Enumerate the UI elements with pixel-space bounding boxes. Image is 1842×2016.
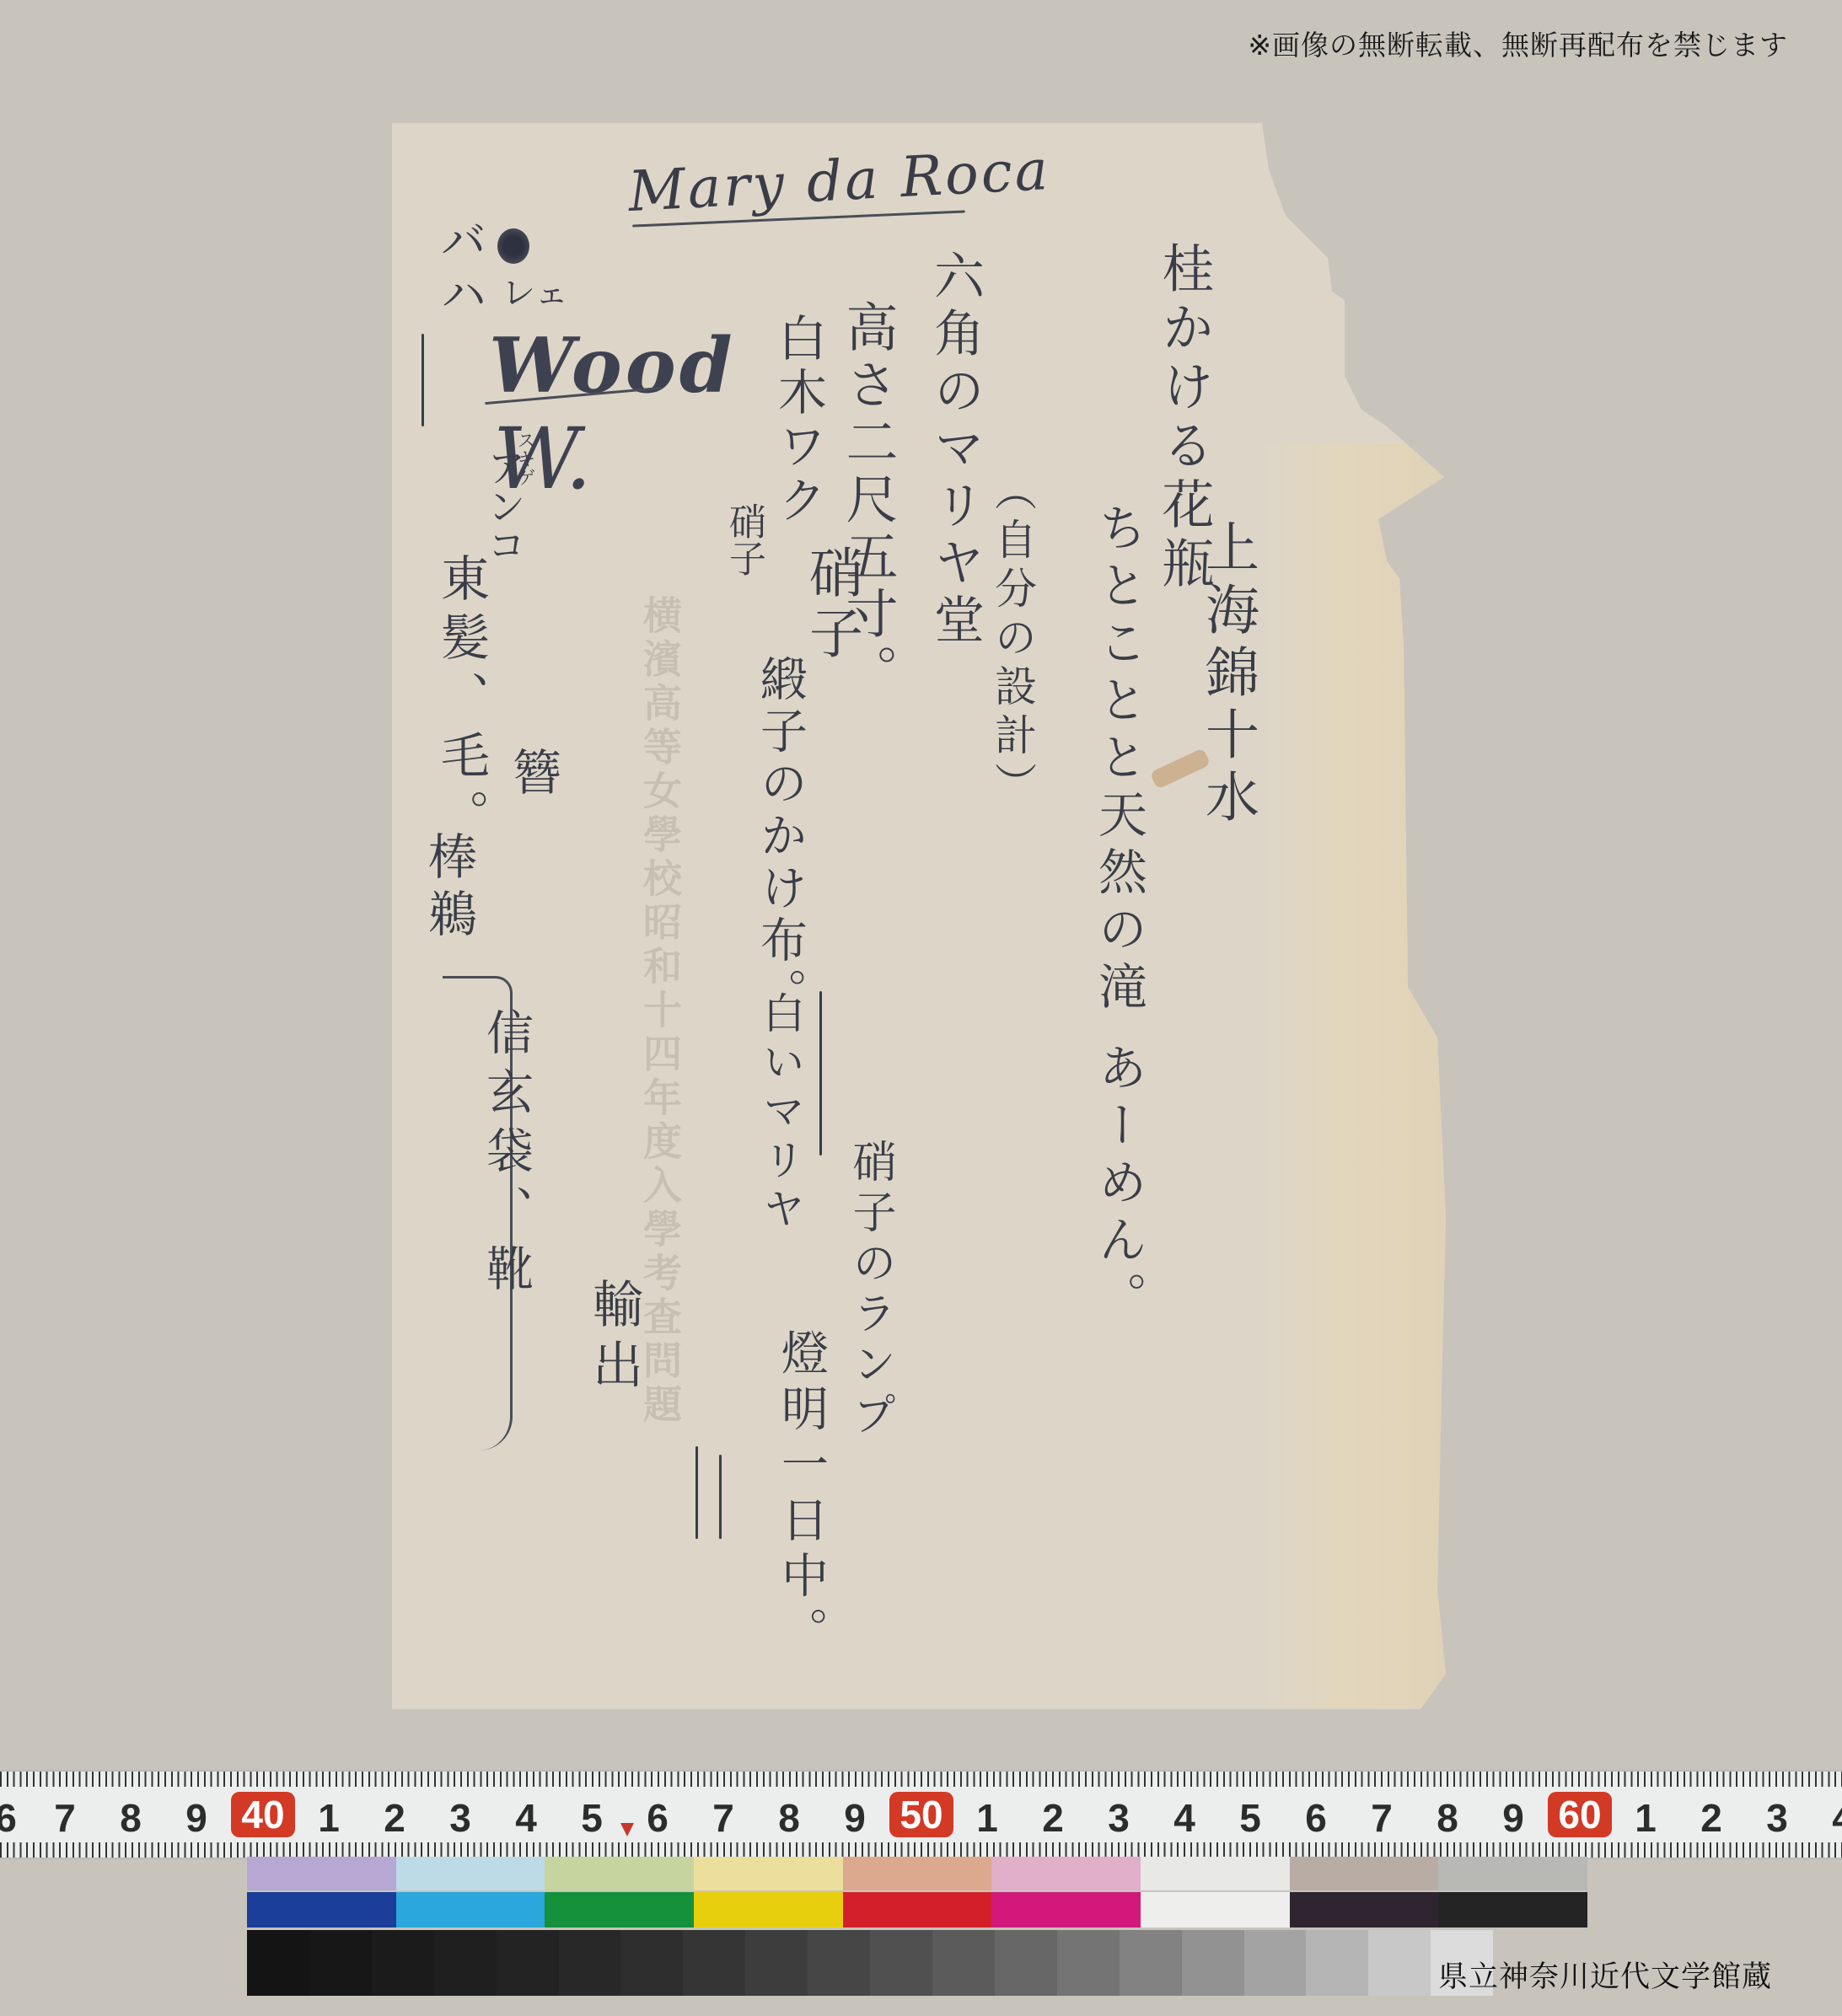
ruler-number: 6 bbox=[0, 1795, 27, 1841]
note-hair: 東髪、毛。 bbox=[426, 553, 497, 848]
ruler-number: 2 bbox=[1032, 1795, 1074, 1841]
ruler-number: 1 bbox=[1625, 1795, 1667, 1841]
manuscript-paper: 横濱高等女學校昭和十四年度入學考査問題 Mary da Roca 桂かける花瓶 … bbox=[392, 123, 1454, 1709]
color-calibration-chart bbox=[247, 1857, 1587, 1928]
gray-step bbox=[1182, 1930, 1244, 1996]
edge-stain bbox=[1260, 443, 1454, 1708]
ruler-number: 3 bbox=[1756, 1795, 1798, 1841]
left-vertical-line bbox=[422, 334, 424, 426]
note-export: 輸出 bbox=[577, 1278, 650, 1399]
color-swatch bbox=[396, 1892, 545, 1928]
copyright-notice: ※画像の無断転載、無断再配布を禁じます bbox=[1248, 24, 1788, 63]
color-swatch bbox=[1290, 1857, 1439, 1890]
gray-step bbox=[1120, 1930, 1182, 1996]
gray-step bbox=[247, 1930, 309, 1996]
ruler-number: 5 bbox=[1229, 1795, 1271, 1841]
measuring-ruler: 6 7 8 9 40 1 2 3 4 5 6 7 8 9 50 1 2 3 4 … bbox=[0, 1770, 1842, 1859]
gray-step bbox=[808, 1930, 870, 1996]
gray-step bbox=[683, 1930, 745, 1996]
ruler-number: 1 bbox=[966, 1795, 1008, 1841]
ruler-number-major: 40 bbox=[231, 1792, 295, 1837]
note-waterfall: ちとことと天然の滝 あーめん。 bbox=[1083, 502, 1154, 1328]
color-row-light bbox=[247, 1857, 1587, 1890]
color-swatch bbox=[1438, 1857, 1587, 1890]
ruler-number: 5 bbox=[571, 1795, 613, 1841]
ruler-number: 7 bbox=[44, 1795, 86, 1841]
color-swatch bbox=[247, 1857, 396, 1890]
gray-step bbox=[870, 1930, 932, 1996]
ruler-number: 4 bbox=[1822, 1795, 1842, 1841]
note-baha: バハ bbox=[426, 216, 493, 324]
manuscript-title: Mary da Roca bbox=[626, 137, 1051, 224]
ruler-number: 7 bbox=[702, 1795, 744, 1841]
note-lamp-all-day: 燈明一日中。 bbox=[767, 1328, 835, 1662]
collection-credit: 県立神奈川近代文学館蔵 bbox=[1438, 1954, 1772, 1996]
note-plain-wood-frame: 白木ワク bbox=[763, 313, 834, 528]
note-glass: 硝子 bbox=[792, 544, 870, 666]
note-shanghai: 上海錦十水 bbox=[1189, 519, 1266, 831]
note-sukige: スキゲ bbox=[512, 431, 538, 486]
ruler-number: 6 bbox=[636, 1795, 679, 1841]
color-swatch bbox=[694, 1857, 843, 1890]
ruler-number: 3 bbox=[439, 1795, 481, 1841]
ruler-numbers: 6 7 8 9 40 1 2 3 4 5 6 7 8 9 50 1 2 3 4 … bbox=[0, 1790, 1842, 1841]
note-shingen-bag-shoes: 信玄袋、靴 bbox=[472, 1008, 540, 1303]
color-swatch bbox=[396, 1857, 545, 1890]
color-swatch bbox=[1141, 1892, 1290, 1928]
gray-step bbox=[1057, 1930, 1120, 1996]
ruler-number: 8 bbox=[1426, 1795, 1469, 1841]
color-swatch bbox=[1141, 1857, 1290, 1890]
color-swatch bbox=[694, 1892, 843, 1928]
grayscale-strip bbox=[247, 1930, 1493, 1996]
note-damask-cloth: 緞子のかけ布。 bbox=[746, 654, 814, 1020]
gray-step bbox=[995, 1930, 1057, 1996]
gray-step bbox=[309, 1930, 372, 1996]
note-glass-small: 硝子 bbox=[717, 502, 771, 576]
color-swatch bbox=[545, 1892, 694, 1928]
ruler-number: 6 bbox=[1295, 1795, 1337, 1841]
color-swatch bbox=[991, 1892, 1141, 1928]
gray-step bbox=[559, 1930, 621, 1996]
ruler-number-major: 50 bbox=[889, 1792, 953, 1837]
ditto-stroke-2 bbox=[719, 1455, 722, 1539]
note-own-design: （自分の設計） bbox=[982, 469, 1043, 811]
ditto-stroke-1 bbox=[695, 1446, 698, 1539]
gray-step bbox=[1244, 1930, 1307, 1996]
ruler-number: 4 bbox=[1163, 1795, 1206, 1841]
ruler-number: 1 bbox=[308, 1795, 350, 1841]
note-le: レェ bbox=[502, 266, 568, 314]
note-white-maria: 白いマリヤ bbox=[750, 991, 811, 1236]
gray-step bbox=[1368, 1930, 1431, 1996]
gray-step bbox=[745, 1930, 808, 1996]
color-swatch bbox=[545, 1857, 694, 1890]
note-hexagonal-maria: 六角のマリヤ堂 bbox=[919, 249, 991, 651]
ruler-ticks-top bbox=[0, 1772, 1842, 1787]
note-wood: Wood bbox=[489, 321, 736, 410]
note-glass-lamp: 硝子のランプ bbox=[839, 1139, 902, 1442]
ruler-number-major: 60 bbox=[1548, 1792, 1612, 1837]
vertical-line-marker bbox=[819, 991, 822, 1155]
scribbled-circle bbox=[497, 228, 529, 264]
gray-step bbox=[620, 1930, 683, 1996]
ruler-ticks-bottom bbox=[0, 1842, 1842, 1858]
gray-step bbox=[932, 1930, 995, 1996]
color-swatch bbox=[1438, 1892, 1587, 1928]
ruler-number: 3 bbox=[1098, 1795, 1140, 1841]
color-swatch bbox=[843, 1892, 992, 1928]
ruler-number: 9 bbox=[175, 1795, 217, 1841]
color-swatch bbox=[247, 1892, 396, 1928]
gray-step bbox=[1306, 1930, 1368, 1996]
note-hairpin: 簪 bbox=[497, 747, 568, 796]
ruler-number: 8 bbox=[110, 1795, 152, 1841]
ruler-number: 2 bbox=[1690, 1795, 1732, 1841]
color-swatch bbox=[1290, 1892, 1439, 1928]
color-swatch bbox=[843, 1857, 992, 1890]
gray-step bbox=[372, 1930, 434, 1996]
ruler-number: 7 bbox=[1361, 1795, 1403, 1841]
gray-step bbox=[497, 1930, 559, 1996]
gray-step bbox=[434, 1930, 497, 1996]
color-row-dark bbox=[247, 1890, 1587, 1928]
note-bouu: 棒鵜 bbox=[413, 831, 484, 946]
ruler-number: 9 bbox=[1492, 1795, 1534, 1841]
ruler-number: 4 bbox=[505, 1795, 547, 1841]
ruler-number: 2 bbox=[373, 1795, 416, 1841]
color-swatch bbox=[991, 1857, 1141, 1890]
ruler-number: 9 bbox=[834, 1795, 876, 1841]
ruler-number: 8 bbox=[768, 1795, 810, 1841]
ruler-arrow-icon bbox=[620, 1823, 634, 1836]
